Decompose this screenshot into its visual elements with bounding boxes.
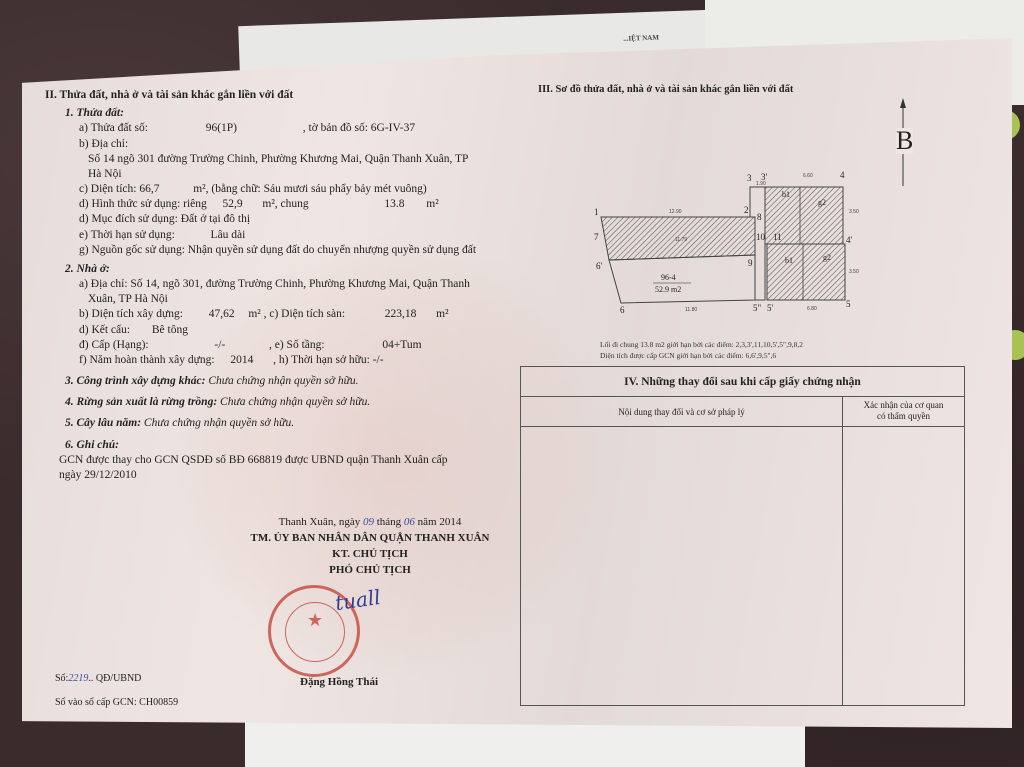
svg-text:12.90: 12.90 bbox=[669, 209, 682, 215]
house-address-line2: Xuân, TP Hà Nội bbox=[88, 292, 485, 307]
section-iv-title: IV. Những thay đổi sau khi cấp giấy chứn… bbox=[521, 367, 964, 397]
decision-prefix: Số: bbox=[55, 673, 68, 684]
grade-row: đ) Cấp (Hạng): -/- , e) Số tầng: 04+Tum bbox=[79, 338, 485, 353]
land-plot-diagram: 1233' 44'5 5"5'6 6'78 91011 b1g2 b1g2 12… bbox=[585, 165, 865, 315]
registry-value: CH00859 bbox=[139, 697, 178, 708]
issue-date: Thanh Xuân, ngày 09 tháng 06 năm 2014 bbox=[230, 515, 510, 531]
decision-value: 2219 bbox=[68, 673, 88, 684]
svg-text:3: 3 bbox=[747, 173, 752, 183]
structure-row: d) Kết cấu: Bê tông bbox=[79, 323, 485, 338]
area-row: c) Diện tích: 66,7 m², (bằng chữ: Sáu mư… bbox=[79, 182, 485, 197]
perennial: 5. Cây lâu năm: Chưa chứng nhận quyền sở… bbox=[65, 416, 485, 431]
svg-text:5": 5" bbox=[753, 303, 762, 313]
svg-text:11.79: 11.79 bbox=[675, 237, 687, 243]
floor-area-label: m² , c) Diện tích sàn: bbox=[248, 308, 345, 320]
usage-form-label: d) Hình thức sử dụng: riêng bbox=[79, 198, 207, 210]
content-cell bbox=[521, 427, 843, 705]
map-sheet: , tờ bản đồ số: 6G-IV-37 bbox=[303, 122, 415, 134]
usage-form-row: d) Hình thức sử dụng: riêng 52,9 m², chu… bbox=[79, 197, 485, 212]
section-ii: II. Thửa đất, nhà ở và tài sản khác gắn … bbox=[45, 88, 485, 483]
svg-text:5': 5' bbox=[767, 303, 774, 313]
section-ii-title: II. Thửa đất, nhà ở và tài sản khác gắn … bbox=[45, 88, 485, 103]
col-confirm-line2: có thẩm quyền bbox=[843, 411, 964, 422]
svg-text:3.50: 3.50 bbox=[849, 269, 859, 275]
parcel-value: 96(1P) bbox=[206, 122, 237, 134]
registry-label: Số vào sổ cấp GCN: bbox=[55, 697, 137, 708]
land-address-label: b) Địa chỉ: bbox=[79, 137, 485, 152]
svg-text:g2: g2 bbox=[823, 253, 831, 262]
svg-text:6.60: 6.60 bbox=[803, 173, 813, 179]
floors-label: , e) Số tầng: bbox=[269, 339, 325, 351]
svg-text:6: 6 bbox=[620, 305, 625, 315]
col-confirm-line1: Xác nhận của cơ quan bbox=[843, 400, 964, 411]
svg-text:2: 2 bbox=[744, 205, 749, 215]
area-words: m², (bằng chữ: Sáu mươi sáu phẩy bảy mét… bbox=[193, 183, 426, 195]
ownership-term: , h) Thời hạn sở hữu: -/- bbox=[273, 354, 384, 366]
grade-value: -/- bbox=[214, 339, 225, 351]
svg-text:b1: b1 bbox=[782, 190, 790, 199]
changes-table: IV. Những thay đổi sau khi cấp giấy chứn… bbox=[520, 366, 965, 706]
other-construction-value: Chưa chứng nhận quyền sở hữu. bbox=[208, 375, 358, 387]
date-prefix: Thanh Xuân, ngày bbox=[279, 516, 361, 528]
other-construction: 3. Công trình xây dựng khác: Chưa chứng … bbox=[65, 374, 485, 389]
svg-text:1.90: 1.90 bbox=[756, 181, 766, 187]
shared-path-note: Lối đi chung 13.8 m2 giới hạn bởi các đi… bbox=[600, 340, 803, 351]
date-month: 06 bbox=[404, 516, 415, 528]
decision-suffix: .. QĐ/UBND bbox=[88, 673, 141, 684]
svg-text:g2: g2 bbox=[818, 198, 826, 207]
on-behalf: KT. CHỦ TỊCH bbox=[230, 547, 510, 563]
land-heading: 1. Thửa đất: bbox=[65, 106, 485, 121]
land-address-line1: Số 14 ngõ 301 đường Trường Chinh, Phường… bbox=[88, 152, 485, 167]
date-month-label: tháng bbox=[377, 516, 401, 528]
unit: m² bbox=[426, 198, 438, 210]
forest-heading: 4. Rừng sản xuất là rừng trồng: bbox=[65, 396, 217, 408]
structure-value: Bê tông bbox=[152, 324, 188, 336]
structure-label: d) Kết cấu: bbox=[79, 324, 130, 336]
parcel-row: a) Thửa đất số: 96(1P) , tờ bản đồ số: 6… bbox=[79, 121, 485, 136]
usage-private: 52,9 bbox=[223, 198, 243, 210]
year-label: f) Năm hoàn thành xây dựng: bbox=[79, 354, 215, 366]
build-area-value: 47,62 bbox=[209, 308, 235, 320]
build-area-row: b) Diện tích xây dựng: 47,62 m² , c) Diệ… bbox=[79, 307, 485, 322]
issuing-organization: TM. ỦY BAN NHÂN DÂN QUẬN THANH XUÂN bbox=[230, 531, 510, 547]
perennial-heading: 5. Cây lâu năm: bbox=[65, 417, 141, 429]
svg-text:7: 7 bbox=[594, 232, 599, 242]
changes-table-header: Nội dung thay đổi và cơ sở pháp lý Xác n… bbox=[521, 397, 964, 427]
col-content-header: Nội dung thay đổi và cơ sở pháp lý bbox=[521, 397, 843, 426]
svg-text:3.50: 3.50 bbox=[849, 209, 859, 215]
notes: 6. Ghi chú: bbox=[65, 438, 485, 453]
svg-text:6.80: 6.80 bbox=[807, 306, 817, 312]
svg-text:11: 11 bbox=[773, 232, 782, 242]
year-value: 2014 bbox=[230, 354, 253, 366]
svg-text:1: 1 bbox=[594, 207, 599, 217]
other-construction-heading: 3. Công trình xây dựng khác: bbox=[65, 375, 205, 387]
svg-text:9: 9 bbox=[748, 258, 753, 268]
svg-text:5: 5 bbox=[846, 299, 851, 309]
registry-number: Số vào sổ cấp GCN: CH00859 bbox=[55, 697, 178, 708]
background-sheet-header: ...IỆT NAM bbox=[623, 34, 659, 43]
col-confirm-header: Xác nhận của cơ quan có thẩm quyền bbox=[843, 397, 964, 426]
plan-notes: Lối đi chung 13.8 m2 giới hạn bởi các đi… bbox=[600, 340, 803, 362]
origin: g) Nguồn gốc sử dụng: Nhận quyền sử dụng… bbox=[79, 243, 485, 258]
usage-shared-label: m², chung bbox=[262, 198, 308, 210]
svg-text:11.80: 11.80 bbox=[685, 307, 697, 313]
notes-line2: ngày 29/12/2010 bbox=[59, 468, 485, 483]
forest: 4. Rừng sản xuất là rừng trồng: Chưa chứ… bbox=[65, 395, 485, 410]
duration-value: Lâu dài bbox=[211, 229, 246, 241]
notes-heading: 6. Ghi chú: bbox=[65, 439, 119, 451]
north-label: B bbox=[896, 128, 913, 154]
area-value: c) Diện tích: 66,7 bbox=[79, 183, 159, 195]
date-year: năm 2014 bbox=[418, 516, 462, 528]
svg-text:b1: b1 bbox=[785, 256, 793, 265]
unit: m² bbox=[436, 308, 448, 320]
grade-label: đ) Cấp (Hạng): bbox=[79, 339, 149, 351]
date-day: 09 bbox=[363, 516, 374, 528]
changes-table-body bbox=[521, 427, 964, 705]
year-row: f) Năm hoàn thành xây dựng: 2014 , h) Th… bbox=[79, 353, 485, 368]
svg-text:8: 8 bbox=[757, 212, 762, 222]
floor-area-value: 223,18 bbox=[385, 308, 417, 320]
svg-text:10: 10 bbox=[756, 232, 766, 242]
usage-shared: 13.8 bbox=[384, 198, 404, 210]
perennial-value: Chưa chứng nhận quyền sở hữu. bbox=[144, 417, 294, 429]
svg-text:4: 4 bbox=[840, 170, 845, 180]
forest-value: Chưa chứng nhận quyền sở hữu. bbox=[220, 396, 370, 408]
house-heading: 2. Nhà ở: bbox=[65, 262, 485, 277]
purpose: d) Mục đích sử dụng: Đất ở tại đô thị bbox=[79, 212, 485, 227]
notes-line1: GCN được thay cho GCN QSDĐ số BĐ 668819 … bbox=[59, 453, 485, 468]
floors-value: 04+Tum bbox=[382, 339, 421, 351]
parcel-label: a) Thửa đất số: bbox=[79, 122, 148, 134]
svg-text:6': 6' bbox=[596, 261, 603, 271]
signer-name: Đặng Hồng Thái bbox=[300, 676, 378, 688]
section-iii-title: III. Sơ đồ thửa đất, nhà ở và tài sản kh… bbox=[538, 84, 793, 95]
build-area-label: b) Diện tích xây dựng: bbox=[79, 308, 183, 320]
granted-area-note: Diện tích được cấp GCN giới hạn bởi các … bbox=[600, 351, 803, 362]
signature-block: Thanh Xuân, ngày 09 tháng 06 năm 2014 TM… bbox=[230, 515, 510, 579]
land-address-line2: Hà Nội bbox=[88, 167, 485, 182]
signer-position: PHÓ CHỦ TỊCH bbox=[230, 563, 510, 579]
decision-number: Số:2219.. QĐ/UBND bbox=[55, 673, 141, 684]
plot-label: 96-4 bbox=[661, 273, 676, 282]
duration-row: e) Thời hạn sử dụng: Lâu dài bbox=[79, 228, 485, 243]
duration-label: e) Thời hạn sử dụng: bbox=[79, 229, 175, 241]
house-address-line1: a) Địa chỉ: Số 14, ngõ 301, đường Trường… bbox=[79, 277, 485, 292]
plot-area: 52.9 m2 bbox=[655, 285, 681, 294]
svg-text:4': 4' bbox=[846, 235, 853, 245]
